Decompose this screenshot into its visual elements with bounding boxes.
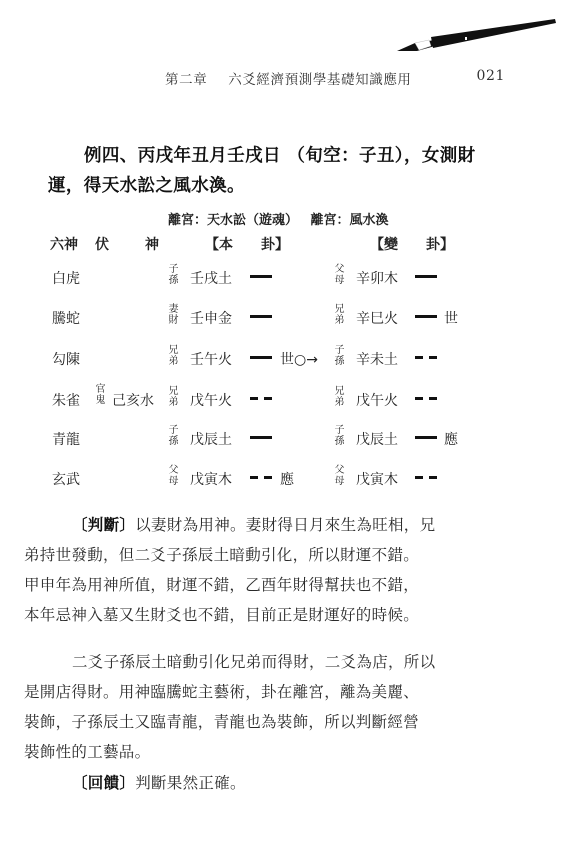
main-palace: 離宮：天水訟（遊魂）	[168, 213, 298, 228]
changed-relation: 子孫	[334, 345, 345, 367]
example-title-line-2: 運，得天水訟之風水渙。	[48, 172, 245, 197]
example-title-line-1: 例四、丙戌年丑月壬戌日 （旬空：子丑），女測財	[84, 142, 476, 167]
judgement-line: 弟持世發動，但二爻子孫辰土暗動引化，所以財運不錯。	[24, 540, 419, 570]
main-relation: 妻財	[168, 304, 179, 326]
judgement-label: 〔判斷〕	[72, 516, 135, 534]
yin-line-icon	[415, 356, 437, 359]
judgement-line: 本年忌神入墓又生財爻也不錯，目前正是財運好的時候。	[24, 600, 419, 630]
six-spirit: 騰蛇	[52, 308, 80, 328]
yin-line-icon	[415, 476, 437, 479]
changed-relation: 父母	[334, 264, 345, 286]
yang-line-icon	[250, 315, 272, 318]
col-six-spirits: 六神	[50, 234, 78, 254]
changed-relation: 兄弟	[334, 386, 345, 408]
changed-relation: 兄弟	[334, 304, 345, 326]
moving-line-icon: ○→	[294, 352, 318, 368]
hidden-relation: 官鬼	[95, 384, 106, 406]
hexagram-row: 青龍子孫戊辰土子孫戊辰土應	[0, 423, 564, 457]
hexagram-row: 騰蛇妻財壬申金兄弟辛巳火世	[0, 302, 564, 336]
yin-line-icon	[250, 397, 272, 400]
yang-line-icon	[415, 275, 437, 278]
col-main-hexagram: 【本 卦】	[205, 234, 289, 254]
yin-line-icon	[415, 397, 437, 400]
judgement-line: 甲申年為用神所值，財運不錯，乙酉年財得幫扶也不錯，	[24, 570, 419, 600]
feedback-text: 判斷果然正確。	[135, 774, 246, 792]
changed-palace: 離宮：風水渙	[311, 213, 389, 228]
yang-line-icon	[250, 356, 272, 359]
col-hidden-2: 神	[145, 234, 159, 254]
changed-stem: 戊午火	[356, 390, 398, 410]
main-stem: 壬戌土	[190, 268, 232, 288]
analysis-line: 裝飾，子孫辰土又臨青龍，青龍也為裝飾，所以判斷經營	[24, 707, 419, 737]
running-header: 第二章 六爻經濟預測學基礎知識應用 021	[165, 68, 505, 88]
analysis-line: 裝飾性的工藝品。	[24, 737, 150, 767]
changed-stem: 戊辰土	[356, 429, 398, 449]
six-spirit: 白虎	[52, 268, 80, 288]
judgement-paragraph: 〔判斷〕以妻財為用神。妻財得日月來生為旺相，兄 弟持世發動，但二爻子孫辰土暗動引…	[48, 510, 508, 630]
main-relation: 兄弟	[168, 345, 179, 367]
main-stem: 戊寅木	[190, 469, 232, 489]
yang-line-icon	[415, 315, 437, 318]
analysis-paragraph: 二爻子孫辰土暗動引化兄弟而得財，二爻為店，所以 是開店得財。用神臨騰蛇主藝術，卦…	[48, 647, 508, 767]
calligraphy-brush-icon	[395, 15, 557, 55]
yang-line-icon	[415, 436, 437, 439]
main-stem: 壬午火	[190, 349, 232, 369]
analysis-line: 二爻子孫辰土暗動引化兄弟而得財，二爻為店，所以	[72, 653, 435, 671]
book-title: 六爻經濟預測學基礎知識應用	[228, 72, 411, 88]
six-spirit: 朱雀	[52, 390, 80, 410]
main-line-mark: 世○→	[280, 349, 318, 369]
col-hidden-1: 伏	[95, 234, 109, 254]
judgement-line: 以妻財為用神。妻財得日月來生為旺相，兄	[135, 516, 435, 534]
main-stem: 壬申金	[190, 308, 232, 328]
feedback-paragraph: 〔回饋〕判斷果然正確。	[48, 768, 508, 798]
col-changed-hexagram: 【變 卦】	[370, 234, 454, 254]
changed-relation: 父母	[334, 465, 345, 487]
main-relation: 兄弟	[168, 386, 179, 408]
changed-relation: 子孫	[334, 425, 345, 447]
feedback-label: 〔回饋〕	[72, 774, 135, 792]
main-relation: 父母	[168, 465, 179, 487]
six-spirit: 勾陳	[52, 349, 80, 369]
main-line-mark: 應	[280, 469, 294, 489]
changed-stem: 戊寅木	[356, 469, 398, 489]
changed-stem: 辛卯木	[356, 268, 398, 288]
hexagram-row: 朱雀官鬼己亥水兄弟戊午火兄弟戊午火	[0, 384, 564, 418]
page-number: 021	[476, 68, 505, 84]
six-spirit: 玄武	[52, 469, 80, 489]
changed-line-mark: 世	[444, 308, 458, 328]
six-spirit: 青龍	[52, 429, 80, 449]
main-relation: 子孫	[168, 264, 179, 286]
hexagram-row: 玄武父母戊寅木應父母戊寅木	[0, 463, 564, 497]
main-stem: 戊午火	[190, 390, 232, 410]
hexagram-row: 勾陳兄弟壬午火世○→子孫辛未土	[0, 343, 564, 377]
main-stem: 戊辰土	[190, 429, 232, 449]
main-relation: 子孫	[168, 425, 179, 447]
hexagram-row: 白虎子孫壬戌土父母辛卯木	[0, 262, 564, 296]
changed-stem: 辛未土	[356, 349, 398, 369]
chapter-label: 第二章	[165, 72, 207, 88]
hidden-stem: 己亥水	[112, 390, 154, 410]
analysis-line: 是開店得財。用神臨騰蛇主藝術，卦在離宮，離為美麗、	[24, 677, 419, 707]
changed-line-mark: 應	[444, 429, 458, 449]
yang-line-icon	[250, 275, 272, 278]
yang-line-icon	[250, 436, 272, 439]
yin-line-icon	[250, 476, 272, 479]
hexagram-palace-header: 離宮：天水訟（遊魂） 離宮：風水渙	[168, 209, 389, 228]
changed-stem: 辛巳火	[356, 308, 398, 328]
